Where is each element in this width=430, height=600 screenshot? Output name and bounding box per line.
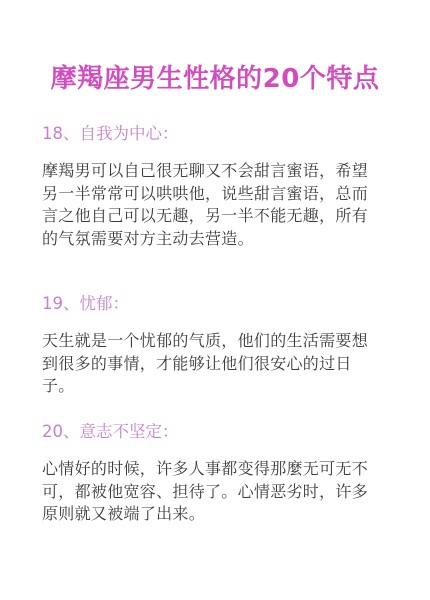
trait-section-18: 18、自我为中心： 摩羯男可以自己很无聊又不会甜言蜜语，希望另一半常常可以哄哄他…: [42, 122, 382, 250]
section-heading: 18、自我为中心：: [42, 122, 382, 146]
section-body: 摩羯男可以自己很无聊又不会甜言蜜语，希望另一半常常可以哄哄他，说些甜言蜜语，总而…: [42, 160, 382, 250]
section-body: 心情好的时候，许多人事都变得那麼无可无不可，都被他宽容、担待了。心情恶劣时，许多…: [42, 458, 382, 526]
section-body: 天生就是一个忧郁的气质，他们的生活需要想到很多的事情，才能够让他们很安心的过日子…: [42, 330, 382, 398]
trait-section-19: 19、忧郁： 天生就是一个忧郁的气质，他们的生活需要想到很多的事情，才能够让他们…: [42, 292, 382, 398]
section-heading: 20、意志不坚定：: [42, 420, 382, 444]
trait-section-20: 20、意志不坚定： 心情好的时候，许多人事都变得那麼无可无不可，都被他宽容、担待…: [42, 420, 382, 526]
page-title: 摩羯座男生性格的20个特点: [0, 59, 430, 99]
section-heading: 19、忧郁：: [42, 292, 382, 316]
